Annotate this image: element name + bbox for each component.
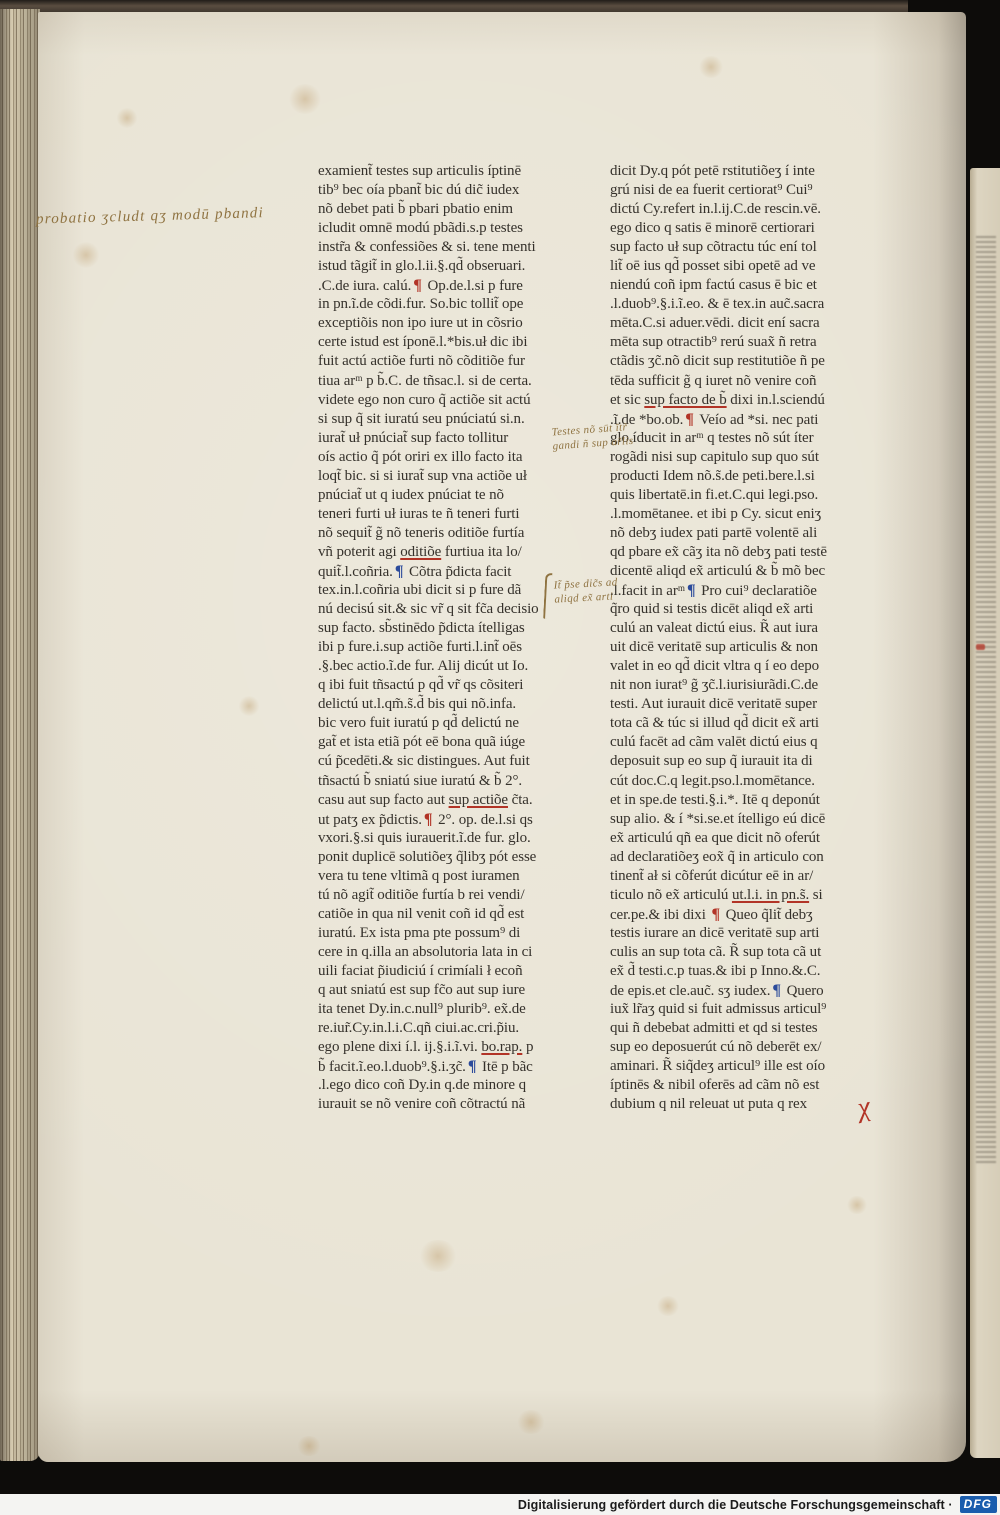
- text-line: tú nõ agit̃ oditiõe furtía b rei vendi/: [318, 886, 580, 905]
- ghost-text-bleed: [976, 236, 996, 1166]
- pilcrow-blue: ¶: [685, 582, 698, 599]
- text-line: ego plene dixi í.l. ij.§.i.ĩ.vi. bo.rap.…: [318, 1038, 580, 1057]
- pilcrow-blue: ¶: [393, 563, 406, 580]
- text-line: ticulo nõ ex̃ articulú ut.l.i. in pn.s̃.…: [610, 886, 872, 905]
- text-line: loqt̃ bic. si si iurat̃ sup vna actiõe u…: [318, 467, 580, 486]
- text-line: nú decisú sit.& sic vr̃ q sit fc̃a decis…: [318, 600, 580, 619]
- text-line: dictú Cy.refert in.l.ij.C.de rescin.vē.: [610, 200, 872, 219]
- text-line: quis libertatē.in fi.et.C.qui legi.pso.: [610, 486, 872, 505]
- text-line: oís actio q̃ pót oriri ex illo facto ita: [318, 448, 580, 467]
- fox-spot: [656, 1296, 680, 1316]
- fox-spot: [418, 1240, 458, 1272]
- text-line: qd pbare ex̃ cãʒ ita nõ debʒ pati testē: [610, 543, 872, 562]
- marginalia-top-note: probatio ʒcludt qʒ modū pbandi: [36, 205, 286, 229]
- text-line: cer.pe.& ibi dixi ¶ Queo q̃lit̃ debʒ: [610, 905, 872, 924]
- pilcrow-red: ¶: [683, 411, 696, 428]
- text-line: .l.duob⁹.§.i.ĩ.eo. & ē tex.in auc̃.sacra: [610, 295, 872, 314]
- text-line: ut patʒ ex p̃dictis.¶ 2°. op. de.l.si qs: [318, 810, 580, 829]
- pilcrow-red: ¶: [709, 906, 722, 923]
- text-line: iuratú. Ex ista pma pte possum⁹ di: [318, 924, 580, 943]
- dfg-logo: DFG: [960, 1496, 997, 1513]
- text-line: tiua arᵐ p b̃.C. de tñsac.l. si de certa…: [318, 372, 580, 391]
- text-line: iurauit se nõ venire coñ cõtractú nã: [318, 1095, 580, 1114]
- text-line: iurat̃ uł pnúciat̃ sup facto tollitur: [318, 429, 580, 448]
- book-page: probatio ʒcludt qʒ modū pbandi examient̃…: [38, 12, 966, 1462]
- text-line: iux̃ lr̃aʒ quid si fuit admissus articul…: [610, 1000, 872, 1019]
- text-line: uit dicē veritatē sup articulis & non: [610, 638, 872, 657]
- text-line: producti Idem nõ.s̃.de peti.bere.l.si: [610, 467, 872, 486]
- text-line: .C.de iura. calú.¶ Op.de.l.si p fure: [318, 276, 580, 295]
- text-line: q ibi fuit tñsactú p qd̃ vr̃ qs cõsiteri: [318, 676, 580, 695]
- marginalia-mid-note-2: It̃ p̃se dic̃s ad aliqd ex̃ arti: [553, 573, 654, 606]
- text-line: ex̃ d̃ testi.c.p tuas.& ibi p Inno.&.C.: [610, 962, 872, 981]
- text-line: sup eo deposuerút cú nõ deberēt ex/: [610, 1038, 872, 1057]
- text-line: nit non iurat⁹ g̃ ʒc̃.l.iurisiurãdi.C.de: [610, 676, 872, 695]
- text-line: cút doc.C.q legit.pso.l.momētance.: [610, 772, 872, 791]
- text-line: dubium q nil releuat ut puta q rex: [610, 1095, 872, 1114]
- text-line: nõ sequit̃ g̃ nõ teneris oditiõe furtía: [318, 524, 580, 543]
- text-line: si sup q̃ sit iuratú seu pnúciatú si.n.: [318, 410, 580, 429]
- text-line: mēta sup otractib⁹ rerú suax̃ ñ retra: [610, 333, 872, 352]
- ghost-red-rubric: [976, 644, 985, 650]
- text-line: re.iur̃.Cy.in.l.i.C.qñ ciui.ac.cri.p̃iu.: [318, 1019, 580, 1038]
- text-line: bic vero fuit iuratú p qd̃ delictú ne: [318, 714, 580, 733]
- text-line: icludit omnē modú pbãdi.s.p testes: [318, 219, 580, 238]
- scanned-book-view: probatio ʒcludt qʒ modū pbandi examient̃…: [0, 0, 1000, 1515]
- text-line: q̃ro quid si testis dicēt aliqd ex̃ arti: [610, 600, 872, 619]
- text-line: tib⁹ bec oía pbant̃ bic dú dic̃ iudex: [318, 181, 580, 200]
- fox-spot: [846, 1196, 868, 1214]
- text-line: culú facēt ad cãm valēt dictú eius q: [610, 733, 872, 752]
- text-line: deposuit sup eo sup q̃ iurauit ita di: [610, 752, 872, 771]
- text-line: cere in q.illa an absolutoria lata in ci: [318, 943, 580, 962]
- text-line: ita tenet Dy.in.c.null⁹ plurib⁹. ex̃.de: [318, 1000, 580, 1019]
- text-line: gat̃ et ista etiã pót eē bona quã iúge: [318, 733, 580, 752]
- text-line: vera tu tene vltimã q post iuramen: [318, 867, 580, 886]
- text-line: certe istud est íponē.l.*bis.uł dic ibi: [318, 333, 580, 352]
- text-line: delictú ut.l.qm̃.s̃.d̃ bis qui nõ.infa.: [318, 695, 580, 714]
- text-line: testi. Aut iurauit dicē veritatē super: [610, 695, 872, 714]
- text-line: tota cã & túc si illud qd̃ dicit ex̃ art…: [610, 714, 872, 733]
- text-line: in pn.ĩ.de cõdi.fur. So.bic tollit̃ ope: [318, 295, 580, 314]
- text-line: ad declaratiõeʒ eox̃ q̃ in articulo con: [610, 848, 872, 867]
- text-line: examient̃ testes sup articulis íptinē: [318, 162, 580, 181]
- text-line: valet in eo qd̃ dicit vltra q í eo depo: [610, 657, 872, 676]
- next-page-sliver: [970, 168, 1000, 1458]
- text-line: grú nisi de ea fuerit certiorat⁹ Cui⁹: [610, 181, 872, 200]
- text-line: b̃ facit.ĩ.eo.l.duob⁹.§.i.ʒc̃.¶ Itē p bã…: [318, 1057, 580, 1076]
- text-line: de epis.et cle.auc̃. sʒ iudex.¶ Quero: [610, 981, 872, 1000]
- text-column-left: examient̃ testes sup articulis íptinētib…: [318, 162, 580, 1114]
- pilcrow-red: ¶: [422, 811, 435, 828]
- text-line: ex̃ articulú qñ ea que dicit nõ oferút: [610, 829, 872, 848]
- footer-credit-bar: Digitalisierung gefördert durch die Deut…: [0, 1494, 1000, 1515]
- text-line: qui ñ debebat admitti et qd si testes: [610, 1019, 872, 1038]
- text-line: tex.in.l.coñria ubi dicit si p fure dã: [318, 581, 580, 600]
- text-line: nõ debʒ iudex pati partē volentē ali: [610, 524, 872, 543]
- text-line: ctãdis ʒc̃.nõ dicit sup restitutiõe ñ pe: [610, 352, 872, 371]
- text-line: ponit duplicē solutiõeʒ q̃libʒ pót esse: [318, 848, 580, 867]
- text-line: vxori.§.si quis iurauerit.ĩ.de fur. glo.: [318, 829, 580, 848]
- fox-spot: [288, 84, 322, 114]
- text-line: aminari. R̃ siq̃deʒ articul⁹ ille est oí…: [610, 1057, 872, 1076]
- text-line: ibi p fure.i.sup actiõe furti.l.int̃ oēs: [318, 638, 580, 657]
- pilcrow-blue: ¶: [770, 982, 783, 999]
- text-line: .§.bec actio.ĩ.de fur. Alij dicút ut Io.: [318, 657, 580, 676]
- text-line: et sic sup facto de b̃ dixi in.l.sciendú: [610, 391, 872, 410]
- text-line: mēta.C.si aduer.vēdi. dicit ení sacra: [610, 314, 872, 333]
- text-line: .l.ego dico coñ Dy.in q.de minore q: [318, 1076, 580, 1095]
- text-line: culis an sup tota cã. R̃ sup tota cã ut: [610, 943, 872, 962]
- text-line: q aut sniatú est sup fc̃o aut sup iure: [318, 981, 580, 1000]
- fox-spot: [238, 696, 260, 716]
- text-line: pnúciat̃ ut q iudex pnúciat te nõ: [318, 486, 580, 505]
- credit-text: Digitalisierung gefördert durch die Deut…: [518, 1498, 953, 1512]
- fox-spot: [296, 1436, 322, 1456]
- text-line: teneri furti uł iuras te ñ teneri furti: [318, 505, 580, 524]
- text-line: ego dico q satis ē minorē certiorari: [610, 219, 872, 238]
- text-line: rogãdi nisi sup capitulo sup quo sút: [610, 448, 872, 467]
- page-edges-stack: [0, 9, 40, 1461]
- fox-spot: [698, 56, 724, 78]
- text-line: testis iurare an dicē veritatē sup arti: [610, 924, 872, 943]
- text-line: sup facto. sb̃stinēdo p̃dicta ítelligas: [318, 619, 580, 638]
- text-line: sup alio. & í *si.se.et ítelligo eú dicē: [610, 810, 872, 829]
- text-line: tñsactú b̃ sniatú siue iuratú & b̃ 2°.: [318, 772, 580, 791]
- text-column-right: dicit Dy.q pót petē rstitutiõeʒ í integr…: [610, 162, 872, 1114]
- text-line: instr̃a & confessiões & si. tene menti: [318, 238, 580, 257]
- text-line: niendú coñ ipm factú casus ē bic et: [610, 276, 872, 295]
- text-line: quit̃.l.coñria.¶ Cõtra p̃dicta facit: [318, 562, 580, 581]
- fox-spot: [116, 108, 138, 128]
- text-line: culú an valeat dictú eius. R̃ aut iura: [610, 619, 872, 638]
- text-line: íptinēs & nibil oferēs ad cãm nõ est: [610, 1076, 872, 1095]
- fox-spot: [72, 242, 100, 268]
- text-line: lit̃ oē ius qd̃ posset sibi opetē ad ve: [610, 257, 872, 276]
- fox-spot: [516, 1410, 546, 1434]
- text-line: .l.momētanee. et ibi p Cy. sicut eniʒ: [610, 505, 872, 524]
- text-line: tinent̃ ał si cõferút dicútur eē in ar/: [610, 867, 872, 886]
- text-line: catiõe in qua nil venit coñ id qd̃ est: [318, 905, 580, 924]
- pilcrow-red: ¶: [411, 277, 424, 294]
- text-line: fuit actú actiõe furti nõ cõditiõe fur: [318, 352, 580, 371]
- text-line: exceptiõis non ipo iure ut in cõsrio: [318, 314, 580, 333]
- text-line: sup facto uł sup cõtractu túc ení tol: [610, 238, 872, 257]
- text-line: nõ debet pati b̃ pbari pbatio enim: [318, 200, 580, 219]
- text-line: videte ego non curo q̃ actiõe sit actú: [318, 391, 580, 410]
- text-line: et in spe.de testi.§.i.*. Itē q deponút: [610, 791, 872, 810]
- text-line: vñ poterit agi oditiõe furtiua ita lo/: [318, 543, 580, 562]
- text-line: casu aut sup facto aut sup actiõe c̃ta.: [318, 791, 580, 810]
- pilcrow-blue: ¶: [466, 1058, 479, 1075]
- text-line: cú p̃cedēti.& sic distingues. Aut fuit: [318, 752, 580, 771]
- text-line: uili faciat p̃iudiciú í crimíali ł ecoñ: [318, 962, 580, 981]
- text-line: tēda sufficit g̃ q iuret nõ venire coñ: [610, 372, 872, 391]
- text-line: dicit Dy.q pót petē rstitutiõeʒ í inte: [610, 162, 872, 181]
- text-line: istud tãgit̃ in glo.l.ii.§.qd̃ obseruari…: [318, 257, 580, 276]
